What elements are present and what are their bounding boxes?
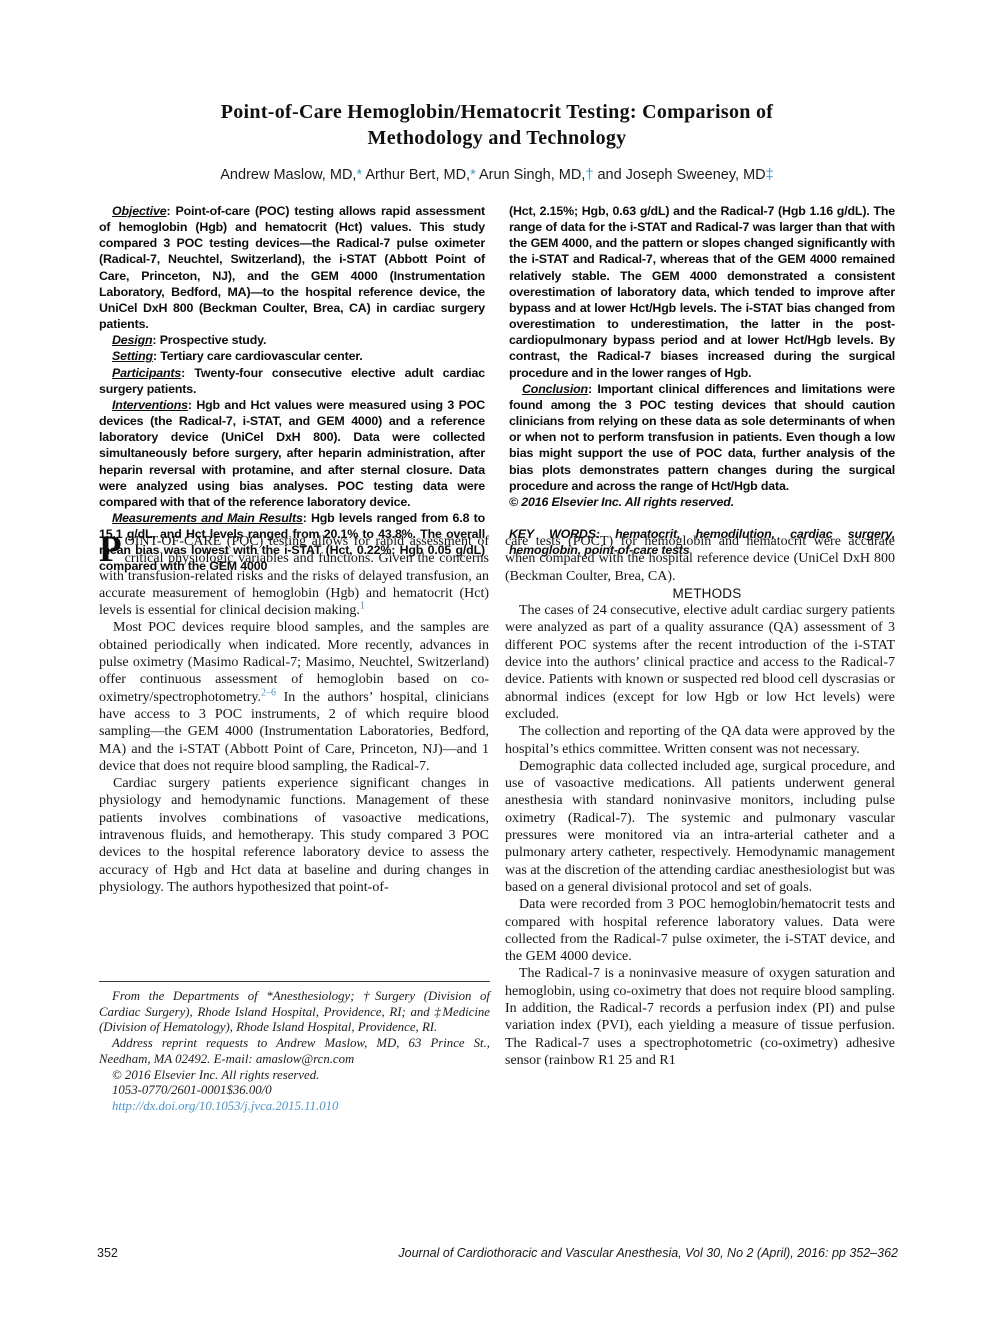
journal-article-page: Point-of-Care Hemoglobin/Hematocrit Test…: [0, 0, 990, 1320]
body-paragraph: The cases of 24 consecutive, elective ad…: [505, 602, 895, 723]
section-label: Conclusion: [522, 382, 588, 396]
footnote: From the Departments of *Anesthesiology;…: [99, 981, 490, 1115]
body-right-column: care tests (POCT) for hemoglobin and hem…: [505, 533, 895, 1069]
author-name: Arthur Bert, MD,: [362, 167, 470, 183]
body-paragraph: Cardiac surgery patients experience sign…: [99, 775, 489, 896]
journal-citation: Journal of Cardiothoracic and Vascular A…: [398, 1246, 898, 1260]
author-name: Arun Singh, MD,: [476, 167, 586, 183]
section-text: : Prospective study.: [152, 333, 266, 347]
section-label: Interventions: [112, 398, 188, 412]
abstract-section-design: Design: Prospective study.: [99, 332, 485, 348]
footnote-reprint-address: Address reprint requests to Andrew Maslo…: [99, 1036, 490, 1067]
structured-abstract: Objective: Point-of-care (POC) testing a…: [99, 203, 895, 575]
abstract-section-conclusion: Conclusion: Important clinical differenc…: [509, 381, 895, 494]
body-paragraph: Demographic data collected included age,…: [505, 758, 895, 896]
section-label: Measurements and Main Results: [112, 511, 303, 525]
body-paragraph-continued: care tests (POCT) for hemoglobin and hem…: [505, 533, 895, 585]
page-footer: 352 Journal of Cardiothoracic and Vascul…: [97, 1246, 898, 1260]
body-paragraph: Data were recorded from 3 POC hemoglobin…: [505, 896, 895, 965]
body-paragraph: The collection and reporting of the QA d…: [505, 723, 895, 758]
abstract-section-interventions: Interventions: Hgb and Hct values were m…: [99, 397, 485, 510]
body-paragraph: Most POC devices require blood samples, …: [99, 619, 489, 775]
page-number: 352: [97, 1246, 118, 1260]
page-content: Point-of-Care Hemoglobin/Hematocrit Test…: [97, 0, 897, 1320]
section-text: : Tertiary care cardiovascular center.: [153, 349, 363, 363]
section-label: Participants: [112, 366, 181, 380]
body-left-column: POINT-OF-CARE (POC) testing allows for r…: [99, 533, 489, 1069]
section-text: : Point-of-care (POC) testing allows rap…: [99, 204, 485, 331]
article-title-line1: Point-of-Care Hemoglobin/Hematocrit Test…: [97, 99, 897, 125]
paragraph-text: Cardiac surgery patients experience sign…: [99, 776, 489, 895]
section-text: : Important clinical differences and lim…: [509, 382, 895, 493]
reference-link-1[interactable]: 1: [360, 601, 365, 612]
article-title: Point-of-Care Hemoglobin/Hematocrit Test…: [97, 99, 897, 151]
abstract-section-objective: Objective: Point-of-care (POC) testing a…: [99, 203, 485, 332]
doi-link[interactable]: http://dx.doi.org/10.1053/j.jvca.2015.11…: [99, 1099, 490, 1115]
intro-paragraph: POINT-OF-CARE (POC) testing allows for r…: [99, 533, 489, 619]
abstract-measurements-continued: (Hct, 2.15%; Hgb, 0.63 g/dL) and the Rad…: [509, 203, 895, 381]
paragraph-text: OINT-OF-CARE (POC) testing allows for ra…: [99, 534, 489, 618]
abstract-section-participants: Participants: Twenty-four consecutive el…: [99, 365, 485, 397]
author-affiliation-symbol: ‡: [766, 167, 774, 183]
methods-heading: METHODS: [505, 585, 895, 602]
section-label: Objective: [112, 204, 166, 218]
footnote-affiliations: From the Departments of *Anesthesiology;…: [99, 989, 490, 1036]
footnote-copyright: © 2016 Elsevier Inc. All rights reserved…: [99, 1068, 490, 1084]
section-label: Design: [112, 333, 152, 347]
article-body: POINT-OF-CARE (POC) testing allows for r…: [99, 533, 895, 1069]
author-byline: Andrew Maslow, MD,* Arthur Bert, MD,* Ar…: [97, 167, 897, 183]
reference-link-2-6[interactable]: 2–6: [261, 687, 276, 698]
abstract-copyright: © 2016 Elsevier Inc. All rights reserved…: [509, 494, 895, 510]
author-name: Andrew Maslow, MD,: [220, 167, 356, 183]
footnote-issn: 1053-0770/2601-0001$36.00/0: [99, 1083, 490, 1099]
section-label: Setting: [112, 349, 153, 363]
abstract-left-column: Objective: Point-of-care (POC) testing a…: [99, 203, 485, 575]
abstract-section-setting: Setting: Tertiary care cardiovascular ce…: [99, 348, 485, 364]
section-text: : Hgb and Hct values were measured using…: [99, 398, 485, 509]
body-paragraph: The Radical-7 is a noninvasive measure o…: [505, 965, 895, 1069]
abstract-right-column: (Hct, 2.15%; Hgb, 0.63 g/dL) and the Rad…: [509, 203, 895, 575]
article-title-line2: Methodology and Technology: [97, 125, 897, 151]
drop-cap: P: [99, 533, 125, 564]
author-name: and Joseph Sweeney, MD: [593, 167, 765, 183]
